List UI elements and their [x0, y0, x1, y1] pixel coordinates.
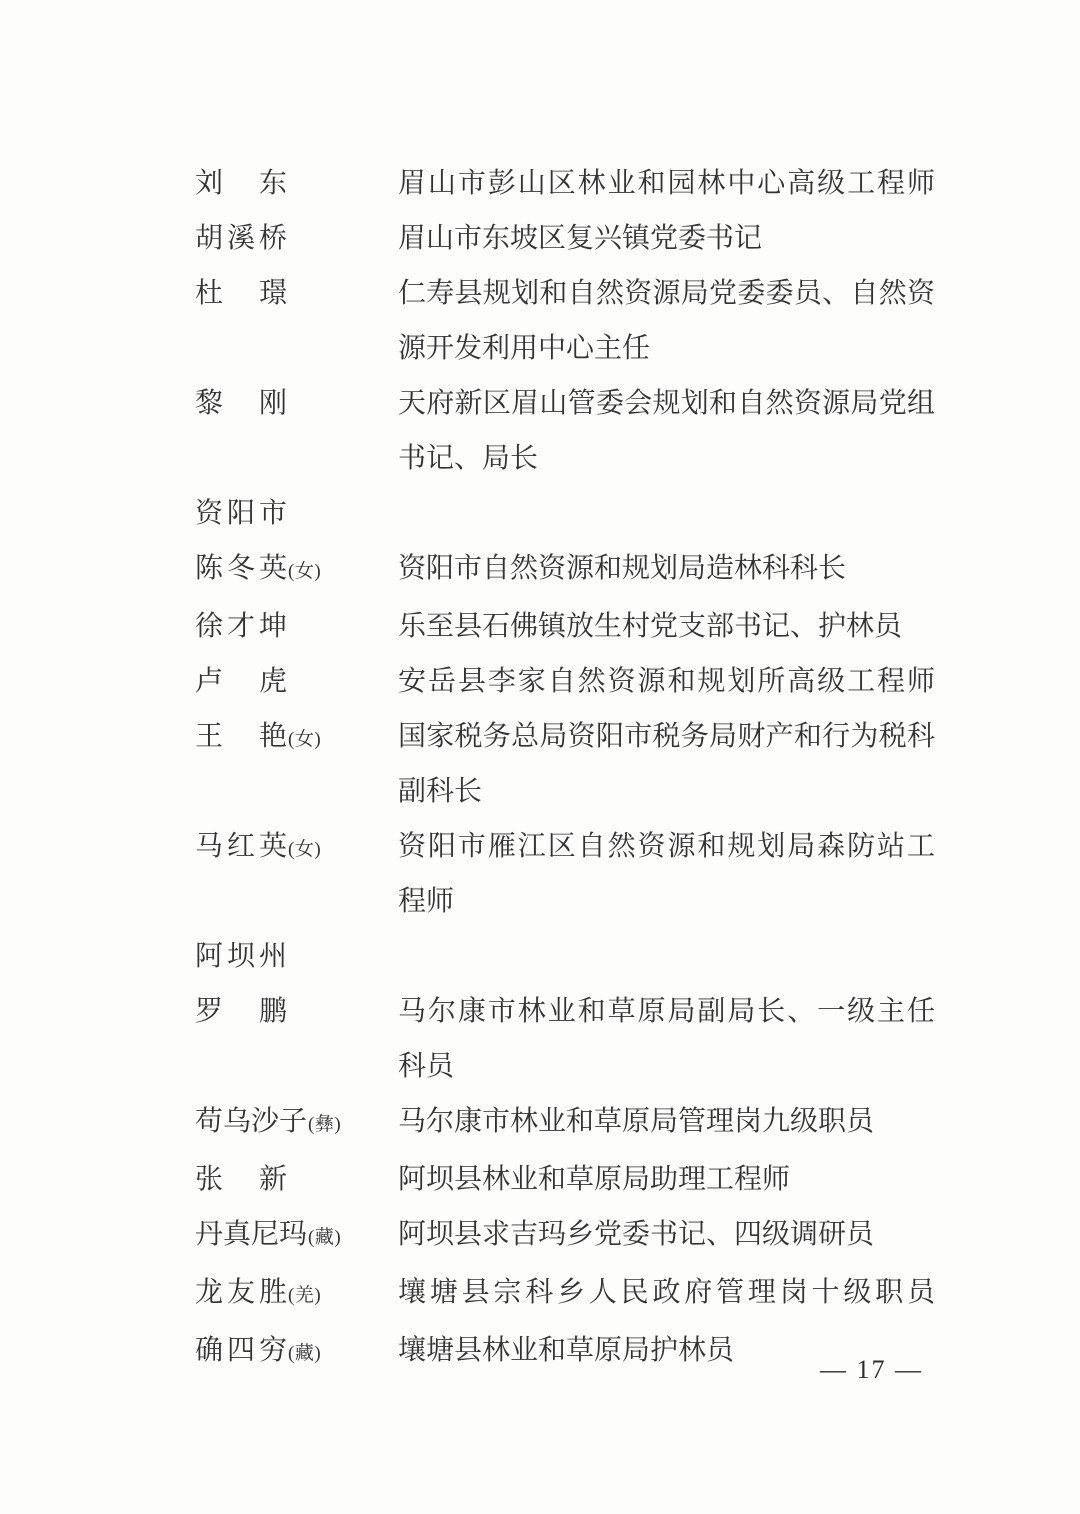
position-line: 乐至县石佛镇放生村党支部书记、护林员: [398, 599, 935, 654]
gender-ethnic-tag: (藏): [308, 1227, 341, 1248]
person-name: 确四穷: [195, 1323, 287, 1378]
position-description: 眉山市彭山区林业和园林中心高级工程师: [398, 156, 935, 211]
entry-row: 王 艳(女)国家税务总局资阳市税务局财产和行为税科副科长: [195, 709, 940, 819]
person-name: 苟乌沙子: [195, 1094, 307, 1149]
gender-ethnic-tag: (藏): [288, 1343, 321, 1364]
city-section-row: 阿坝州: [195, 929, 940, 984]
entry-row: 罗 鹏马尔康市林业和草原局副局长、一级主任科员: [195, 984, 940, 1094]
person-name: 徐才坤: [195, 599, 287, 654]
gender-ethnic-tag: (女): [288, 561, 321, 582]
person-name: 马红英: [195, 819, 287, 874]
position-line: 眉山市东坡区复兴镇党委书记: [398, 211, 935, 266]
position-description: 眉山市东坡区复兴镇党委书记: [398, 211, 935, 266]
person-name-cell: 罗 鹏: [195, 984, 398, 1039]
person-name-cell: 胡溪桥: [195, 211, 398, 266]
entry-row: 苟乌沙子(彝)马尔康市林业和草原局管理岗九级职员: [195, 1094, 940, 1152]
position-description: 仁寿县规划和自然资源局党委委员、自然资源开发利用中心主任: [398, 266, 935, 376]
entries-list: 刘 东眉山市彭山区林业和园林中心高级工程师胡溪桥眉山市东坡区复兴镇党委书记杜 璟…: [195, 156, 940, 1381]
gender-ethnic-tag: (女): [288, 729, 321, 750]
person-name: 胡溪桥: [195, 211, 287, 266]
gender-ethnic-tag: (女): [288, 839, 321, 860]
position-line: 资阳市雁江区自然资源和规划局森防站工: [398, 819, 935, 874]
entry-row: 丹真尼玛(藏)阿坝县求吉玛乡党委书记、四级调研员: [195, 1207, 940, 1265]
person-name-cell: 黎 刚: [195, 376, 398, 431]
person-name: 罗 鹏: [195, 984, 287, 1039]
position-line: 马尔康市林业和草原局副局长、一级主任: [398, 984, 935, 1039]
entry-row: 胡溪桥眉山市东坡区复兴镇党委书记: [195, 211, 940, 266]
person-name: 杜 璟: [195, 266, 287, 321]
person-name: 龙友胜: [195, 1265, 287, 1320]
position-line: 国家税务总局资阳市税务局财产和行为税科: [398, 709, 935, 764]
position-description: 天府新区眉山管委会规划和自然资源局党组书记、局长: [398, 376, 935, 486]
person-name: 卢 虎: [195, 654, 287, 709]
person-name: 张 新: [195, 1152, 287, 1207]
city-name: 阿坝州: [195, 929, 287, 984]
position-description: 安岳县李家自然资源和规划所高级工程师: [398, 654, 935, 709]
position-description: 壤塘县宗科乡人民政府管理岗十级职员: [398, 1265, 935, 1320]
document-page: 刘 东眉山市彭山区林业和园林中心高级工程师胡溪桥眉山市东坡区复兴镇党委书记杜 璟…: [0, 0, 1080, 1514]
position-description: 马尔康市林业和草原局副局长、一级主任科员: [398, 984, 935, 1094]
position-line: 资阳市自然资源和规划局造林科科长: [398, 541, 935, 596]
position-description: 马尔康市林业和草原局管理岗九级职员: [398, 1094, 935, 1149]
position-line: 眉山市彭山区林业和园林中心高级工程师: [398, 156, 935, 211]
person-name-cell: 杜 璟: [195, 266, 398, 321]
position-line: 马尔康市林业和草原局管理岗九级职员: [398, 1094, 935, 1149]
person-name: 黎 刚: [195, 376, 287, 431]
city-section-header: 阿坝州: [195, 929, 940, 984]
person-name-cell: 丹真尼玛(藏): [195, 1207, 398, 1265]
entry-row: 马红英(女)资阳市雁江区自然资源和规划局森防站工程师: [195, 819, 940, 929]
person-name-cell: 苟乌沙子(彝): [195, 1094, 398, 1152]
city-section-header: 资阳市: [195, 486, 940, 541]
gender-ethnic-tag: (羌): [288, 1285, 321, 1306]
entry-row: 徐才坤乐至县石佛镇放生村党支部书记、护林员: [195, 599, 940, 654]
person-name-cell: 卢 虎: [195, 654, 398, 709]
entry-row: 卢 虎安岳县李家自然资源和规划所高级工程师: [195, 654, 940, 709]
person-name: 丹真尼玛: [195, 1207, 307, 1262]
person-name-cell: 马红英(女): [195, 819, 398, 877]
entry-row: 刘 东眉山市彭山区林业和园林中心高级工程师: [195, 156, 940, 211]
person-name-cell: 陈冬英(女): [195, 541, 398, 599]
position-description: 资阳市雁江区自然资源和规划局森防站工程师: [398, 819, 935, 929]
position-description: 阿坝县林业和草原局助理工程师: [398, 1152, 935, 1207]
entry-row: 陈冬英(女)资阳市自然资源和规划局造林科科长: [195, 541, 940, 599]
position-line: 阿坝县林业和草原局助理工程师: [398, 1152, 935, 1207]
person-name: 刘 东: [195, 156, 287, 211]
person-name-cell: 王 艳(女): [195, 709, 398, 767]
city-name: 资阳市: [195, 486, 287, 541]
position-description: 乐至县石佛镇放生村党支部书记、护林员: [398, 599, 935, 654]
position-line: 安岳县李家自然资源和规划所高级工程师: [398, 654, 935, 709]
person-name-cell: 确四穷(藏): [195, 1323, 398, 1381]
position-description: 国家税务总局资阳市税务局财产和行为税科副科长: [398, 709, 935, 819]
person-name: 王 艳: [195, 709, 287, 764]
city-section-row: 资阳市: [195, 486, 940, 541]
position-line: 副科长: [398, 764, 935, 819]
position-line: 仁寿县规划和自然资源局党委委员、自然资: [398, 266, 935, 321]
position-line: 书记、局长: [398, 431, 935, 486]
position-line: 壤塘县宗科乡人民政府管理岗十级职员: [398, 1265, 935, 1320]
gender-ethnic-tag: (彝): [308, 1114, 341, 1135]
entry-row: 黎 刚天府新区眉山管委会规划和自然资源局党组书记、局长: [195, 376, 940, 486]
person-name: 陈冬英: [195, 541, 287, 596]
position-line: 源开发利用中心主任: [398, 321, 935, 376]
position-line: 科员: [398, 1039, 935, 1094]
position-description: 资阳市自然资源和规划局造林科科长: [398, 541, 935, 596]
page-number: — 17 —: [820, 1350, 923, 1390]
entry-row: 张 新阿坝县林业和草原局助理工程师: [195, 1152, 940, 1207]
person-name-cell: 徐才坤: [195, 599, 398, 654]
entry-row: 龙友胜(羌)壤塘县宗科乡人民政府管理岗十级职员: [195, 1265, 940, 1323]
position-line: 阿坝县求吉玛乡党委书记、四级调研员: [398, 1207, 935, 1262]
position-line: 天府新区眉山管委会规划和自然资源局党组: [398, 376, 935, 431]
position-line: 程师: [398, 874, 935, 929]
person-name-cell: 龙友胜(羌): [195, 1265, 398, 1323]
position-description: 阿坝县求吉玛乡党委书记、四级调研员: [398, 1207, 935, 1262]
person-name-cell: 刘 东: [195, 156, 398, 211]
person-name-cell: 张 新: [195, 1152, 398, 1207]
entry-row: 杜 璟仁寿县规划和自然资源局党委委员、自然资源开发利用中心主任: [195, 266, 940, 376]
